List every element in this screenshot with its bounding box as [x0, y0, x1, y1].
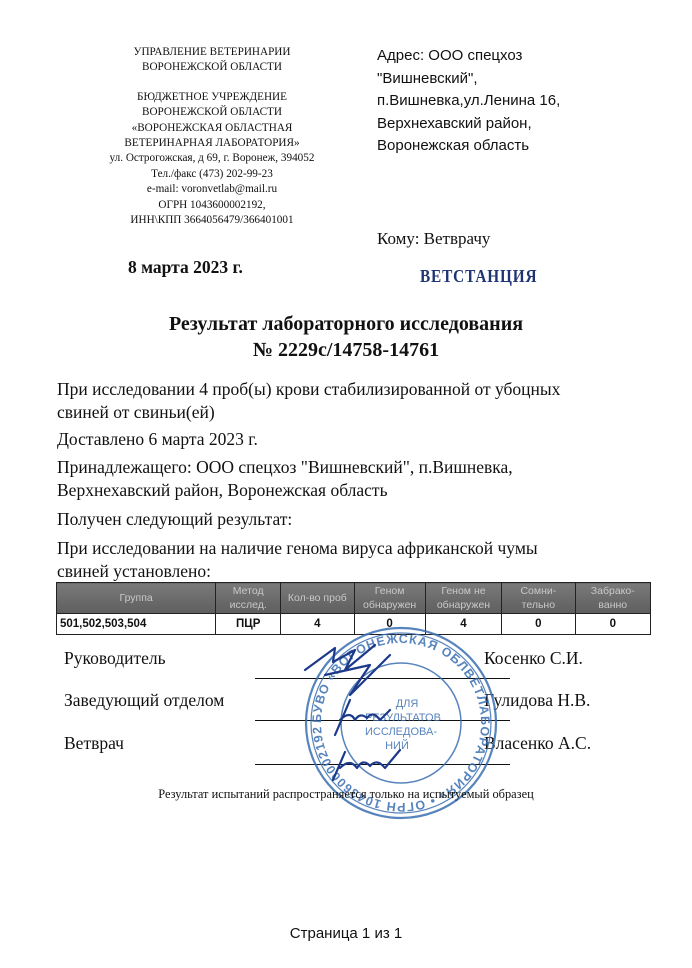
org-line: ВЕТЕРИНАРНАЯ ЛАБОРАТОРИЯ»: [62, 136, 362, 151]
signature-role-head: Руководитель: [64, 648, 166, 669]
org-line: УПРАВЛЕНИЕ ВЕТЕРИНАРИИ: [62, 45, 362, 60]
paragraph-line: При исследовании на наличие генома вирус…: [57, 537, 657, 560]
document-title: Результат лабораторного исследования № 2…: [0, 311, 692, 363]
cell-group: 501,502,503,504: [57, 614, 216, 635]
signature-role-vet: Ветврач: [64, 733, 124, 754]
disclaimer-note: Результат испытаний распространяется тол…: [0, 787, 692, 802]
org-line: ВОРОНЕЖСКОЙ ОБЛАСТИ: [62, 60, 362, 75]
result-intro: Получен следующий результат:: [57, 508, 657, 531]
title-line: Результат лабораторного исследования: [0, 311, 692, 337]
paragraph-line: свиней установлено:: [57, 560, 657, 583]
table-header-row: Группа Метод исслед. Кол-во проб Геном о…: [57, 583, 651, 614]
address-line: Адрес: ООО спецхоз: [377, 45, 657, 68]
address-line: п.Вишневка,ул.Ленина 16,: [377, 90, 657, 113]
org-phone: Тел./факс (473) 202-99-23: [62, 167, 362, 182]
page-indicator: Страница 1 из 1: [0, 925, 692, 942]
address-line: "Вишневский",: [377, 68, 657, 91]
signature-role-dept: Заведующий отделом: [64, 690, 224, 711]
cell-method: ПЦР: [216, 614, 281, 635]
col-header-sample-count: Кол-во проб: [281, 583, 354, 614]
address-line: Воронежская область: [377, 135, 657, 158]
document-number: № 2229с/14758-14761: [0, 337, 692, 363]
paragraph-line: свиней от свиньи(ей): [57, 401, 657, 424]
finding-paragraph: При исследовании на наличие генома вирус…: [57, 537, 657, 582]
paragraph-line: При исследовании 4 проб(ы) крови стабили…: [57, 378, 657, 401]
org-address: ул. Острогожская, д 69, г. Воронеж, 3940…: [62, 151, 362, 166]
org-line: «ВОРОНЕЖСКАЯ ОБЛАСТНАЯ: [62, 121, 362, 136]
handwritten-signatures-icon: [295, 640, 435, 800]
paragraph-line: Верхнехавский район, Воронежская область: [57, 479, 657, 502]
paragraph-line: Принадлежащего: ООО спецхоз "Вишневский"…: [57, 456, 657, 479]
lab-organization-block: УПРАВЛЕНИЕ ВЕТЕРИНАРИИ ВОРОНЕЖСКОЙ ОБЛАС…: [62, 45, 362, 228]
samples-paragraph: При исследовании 4 проб(ы) крови стабили…: [57, 378, 657, 423]
org-line: ВОРОНЕЖСКОЙ ОБЛАСТИ: [62, 105, 362, 120]
org-email: e-mail: voronvetlab@mail.ru: [62, 182, 362, 197]
address-line: Верхнехавский район,: [377, 113, 657, 136]
signature-name-vet: Власенко А.С.: [484, 733, 591, 754]
org-line: БЮДЖЕТНОЕ УЧРЕЖДЕНИЕ: [62, 90, 362, 105]
cell-doubtful: 0: [502, 614, 575, 635]
col-header-rejected: Забрако-ванно: [575, 583, 650, 614]
col-header-group: Группа: [57, 583, 216, 614]
to-recipient: Кому: Ветврачу: [377, 229, 490, 249]
org-ogrn: ОГРН 1043600002192,: [62, 198, 362, 213]
recipient-stamp: ВЕТСТАНЦИЯ: [420, 266, 537, 287]
col-header-method: Метод исслед.: [216, 583, 281, 614]
signature-name-dept: Гулидова Н.В.: [484, 690, 590, 711]
col-header-genome-detected: Геном обнаружен: [354, 583, 425, 614]
col-header-genome-not-detected: Геном не обнаружен: [425, 583, 501, 614]
document-date: 8 марта 2023 г.: [128, 257, 243, 278]
cell-rejected: 0: [575, 614, 650, 635]
recipient-address-block: Адрес: ООО спецхоз "Вишневский", п.Вишне…: [377, 45, 657, 158]
owner-paragraph: Принадлежащего: ООО спецхоз "Вишневский"…: [57, 456, 657, 501]
col-header-doubtful: Сомни-тельно: [502, 583, 575, 614]
org-inn: ИНН\КПП 3664056479/366401001: [62, 213, 362, 228]
delivered-date: Доставлено 6 марта 2023 г.: [57, 428, 657, 451]
